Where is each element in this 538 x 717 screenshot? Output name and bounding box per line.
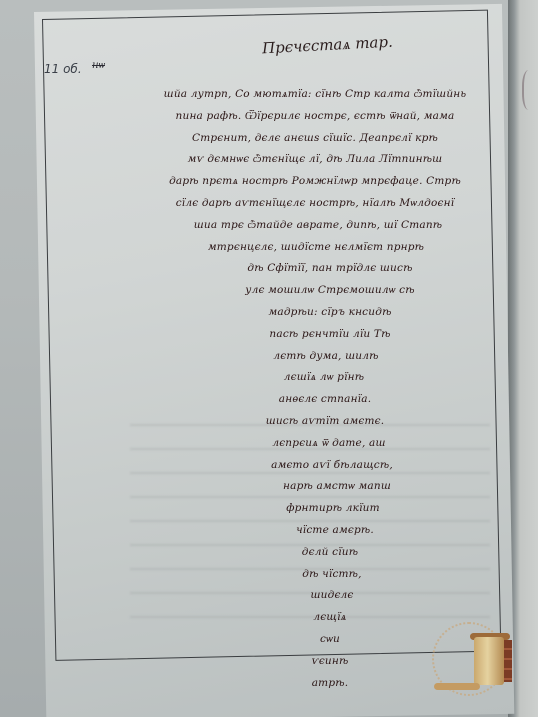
text-line: мадрѣи: сїръ кнсидѣ — [220, 302, 440, 324]
folio-number: 11 об. — [44, 62, 82, 76]
scroll-icon — [474, 637, 504, 685]
text-line: пина рафѣ. Ѿїрєрилє нострє, єстѣ ѿнай, м… — [140, 106, 490, 128]
text-line: мѵ дємнѡє ѽтєнїщє лї, дѣ Лила Лїтпинѣш — [140, 149, 490, 171]
text-line: нарѣ амстѡ мапш — [252, 476, 422, 498]
text-line: шйа лутрп, Со мютѧтїа: сїнѣ Стр калта ѽт… — [140, 84, 490, 106]
text-line: ѵєинѣ — [310, 651, 350, 673]
text-line: дарѣ прєтѧ нострѣ Ромжнїлѡр мпрєфаце. Ст… — [140, 171, 490, 193]
manuscript-text-block: шйа лутрп, Со мютѧтїа: сїнѣ Стр калта ѽт… — [140, 84, 490, 694]
text-line: амєто аѵї бѣлащсѣ, — [242, 455, 422, 477]
text-line: улє мошилѡ Стрємошилѡ сѣ — [200, 280, 460, 302]
text-line: дѣ чїстѣ, — [292, 564, 372, 586]
facing-page-handwriting — [522, 70, 538, 110]
text-line: сѡи — [312, 629, 348, 651]
text-line: чїсте амєрѣ. — [280, 520, 390, 542]
text-line: фрнтирѣ лкїит — [258, 498, 408, 520]
crossed-out-folio: нѡ — [92, 60, 105, 71]
text-line: мтрєнцєлє, шидїсте нєлмїєт прнрѣ — [156, 237, 476, 259]
text-line: шиа трє ѽтайде аврате, дипѣ, шї Стапѣ — [148, 215, 488, 237]
text-line: анѳєлє стпанїа. — [260, 389, 390, 411]
text-line: дєлй сїиѣ — [290, 542, 370, 564]
text-line: пасѣ рєнчтїи лїи Тѣ — [240, 324, 420, 346]
text-line: шидєлє — [302, 585, 362, 607]
text-line: лєпрєиѧ ѿ дате, аш — [244, 433, 414, 455]
text-line: дѣ Сфїтїї, пан трїдлє шисѣ — [180, 258, 480, 280]
text-line: Стрєнит, дєлє анєшѕ сїшїс. Деапрєлї крѣ — [140, 128, 490, 150]
text-line: лєтѣ дума, шилѣ — [256, 346, 396, 368]
text-line: шисѣ аѵтїт амєтє. — [250, 411, 400, 433]
text-line: лєщїѧ — [308, 607, 352, 629]
text-line: сїлє дарѣ аѵтєнїщєлє нострѣ, нїалѣ Мѡлдо… — [140, 193, 490, 215]
text-line: лєшїѧ лѡ рїнѣ — [264, 367, 384, 389]
scroll-roller-icon — [434, 683, 480, 690]
text-line: атрѣ. — [310, 673, 350, 695]
